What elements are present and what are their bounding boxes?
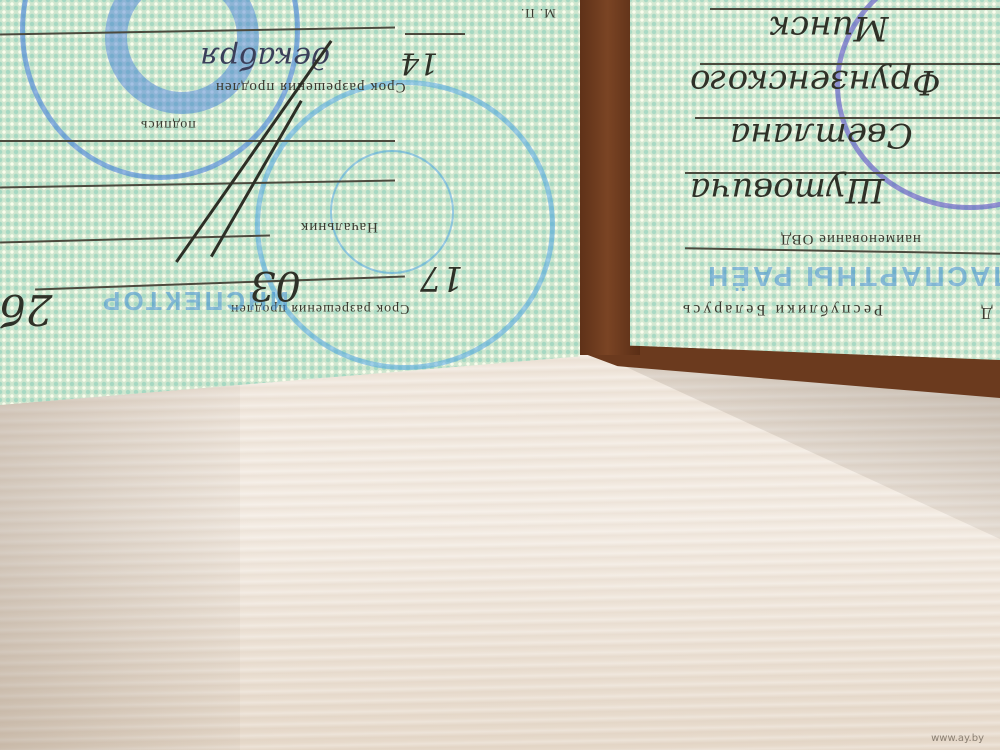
right-page: Минск Фрунзенского Светлана Шутовича наи… [630,0,1000,360]
shadow [0,360,240,750]
permit-extended-label: Срок разрешения продлен [215,78,406,95]
handwritten-district: Фрунзенского [690,62,941,102]
republic-label: Республики Беларусь [680,300,883,318]
form-line [405,33,465,35]
chief-label: Начальник [300,218,378,235]
district-stamp-text: ПАСПАРТНЫ РАЁН [705,260,1000,292]
left-page: Срок разрешения продлен подпись М. П. На… [0,0,580,405]
handwritten-name: Светлана [730,115,913,155]
ovd-name-label: наименование ОВД [780,230,921,247]
handwritten-day: 14 [400,45,438,80]
form-line [0,140,395,142]
mvd-prefix: Д [980,303,993,323]
handwritten-day: 17 [420,258,463,298]
stamp-emblem [330,150,454,274]
form-line [0,234,270,243]
watermark: www.ay.by [931,733,984,744]
signature-label: подпись [140,116,196,132]
mp-label: М. П. [520,5,556,21]
handwritten-note: 2б [0,285,52,334]
form-line [685,247,1000,254]
handwritten-city: Минск [770,8,888,48]
handwritten-surname: Шутовича [690,170,884,210]
handwritten-month: 03 [250,262,301,308]
